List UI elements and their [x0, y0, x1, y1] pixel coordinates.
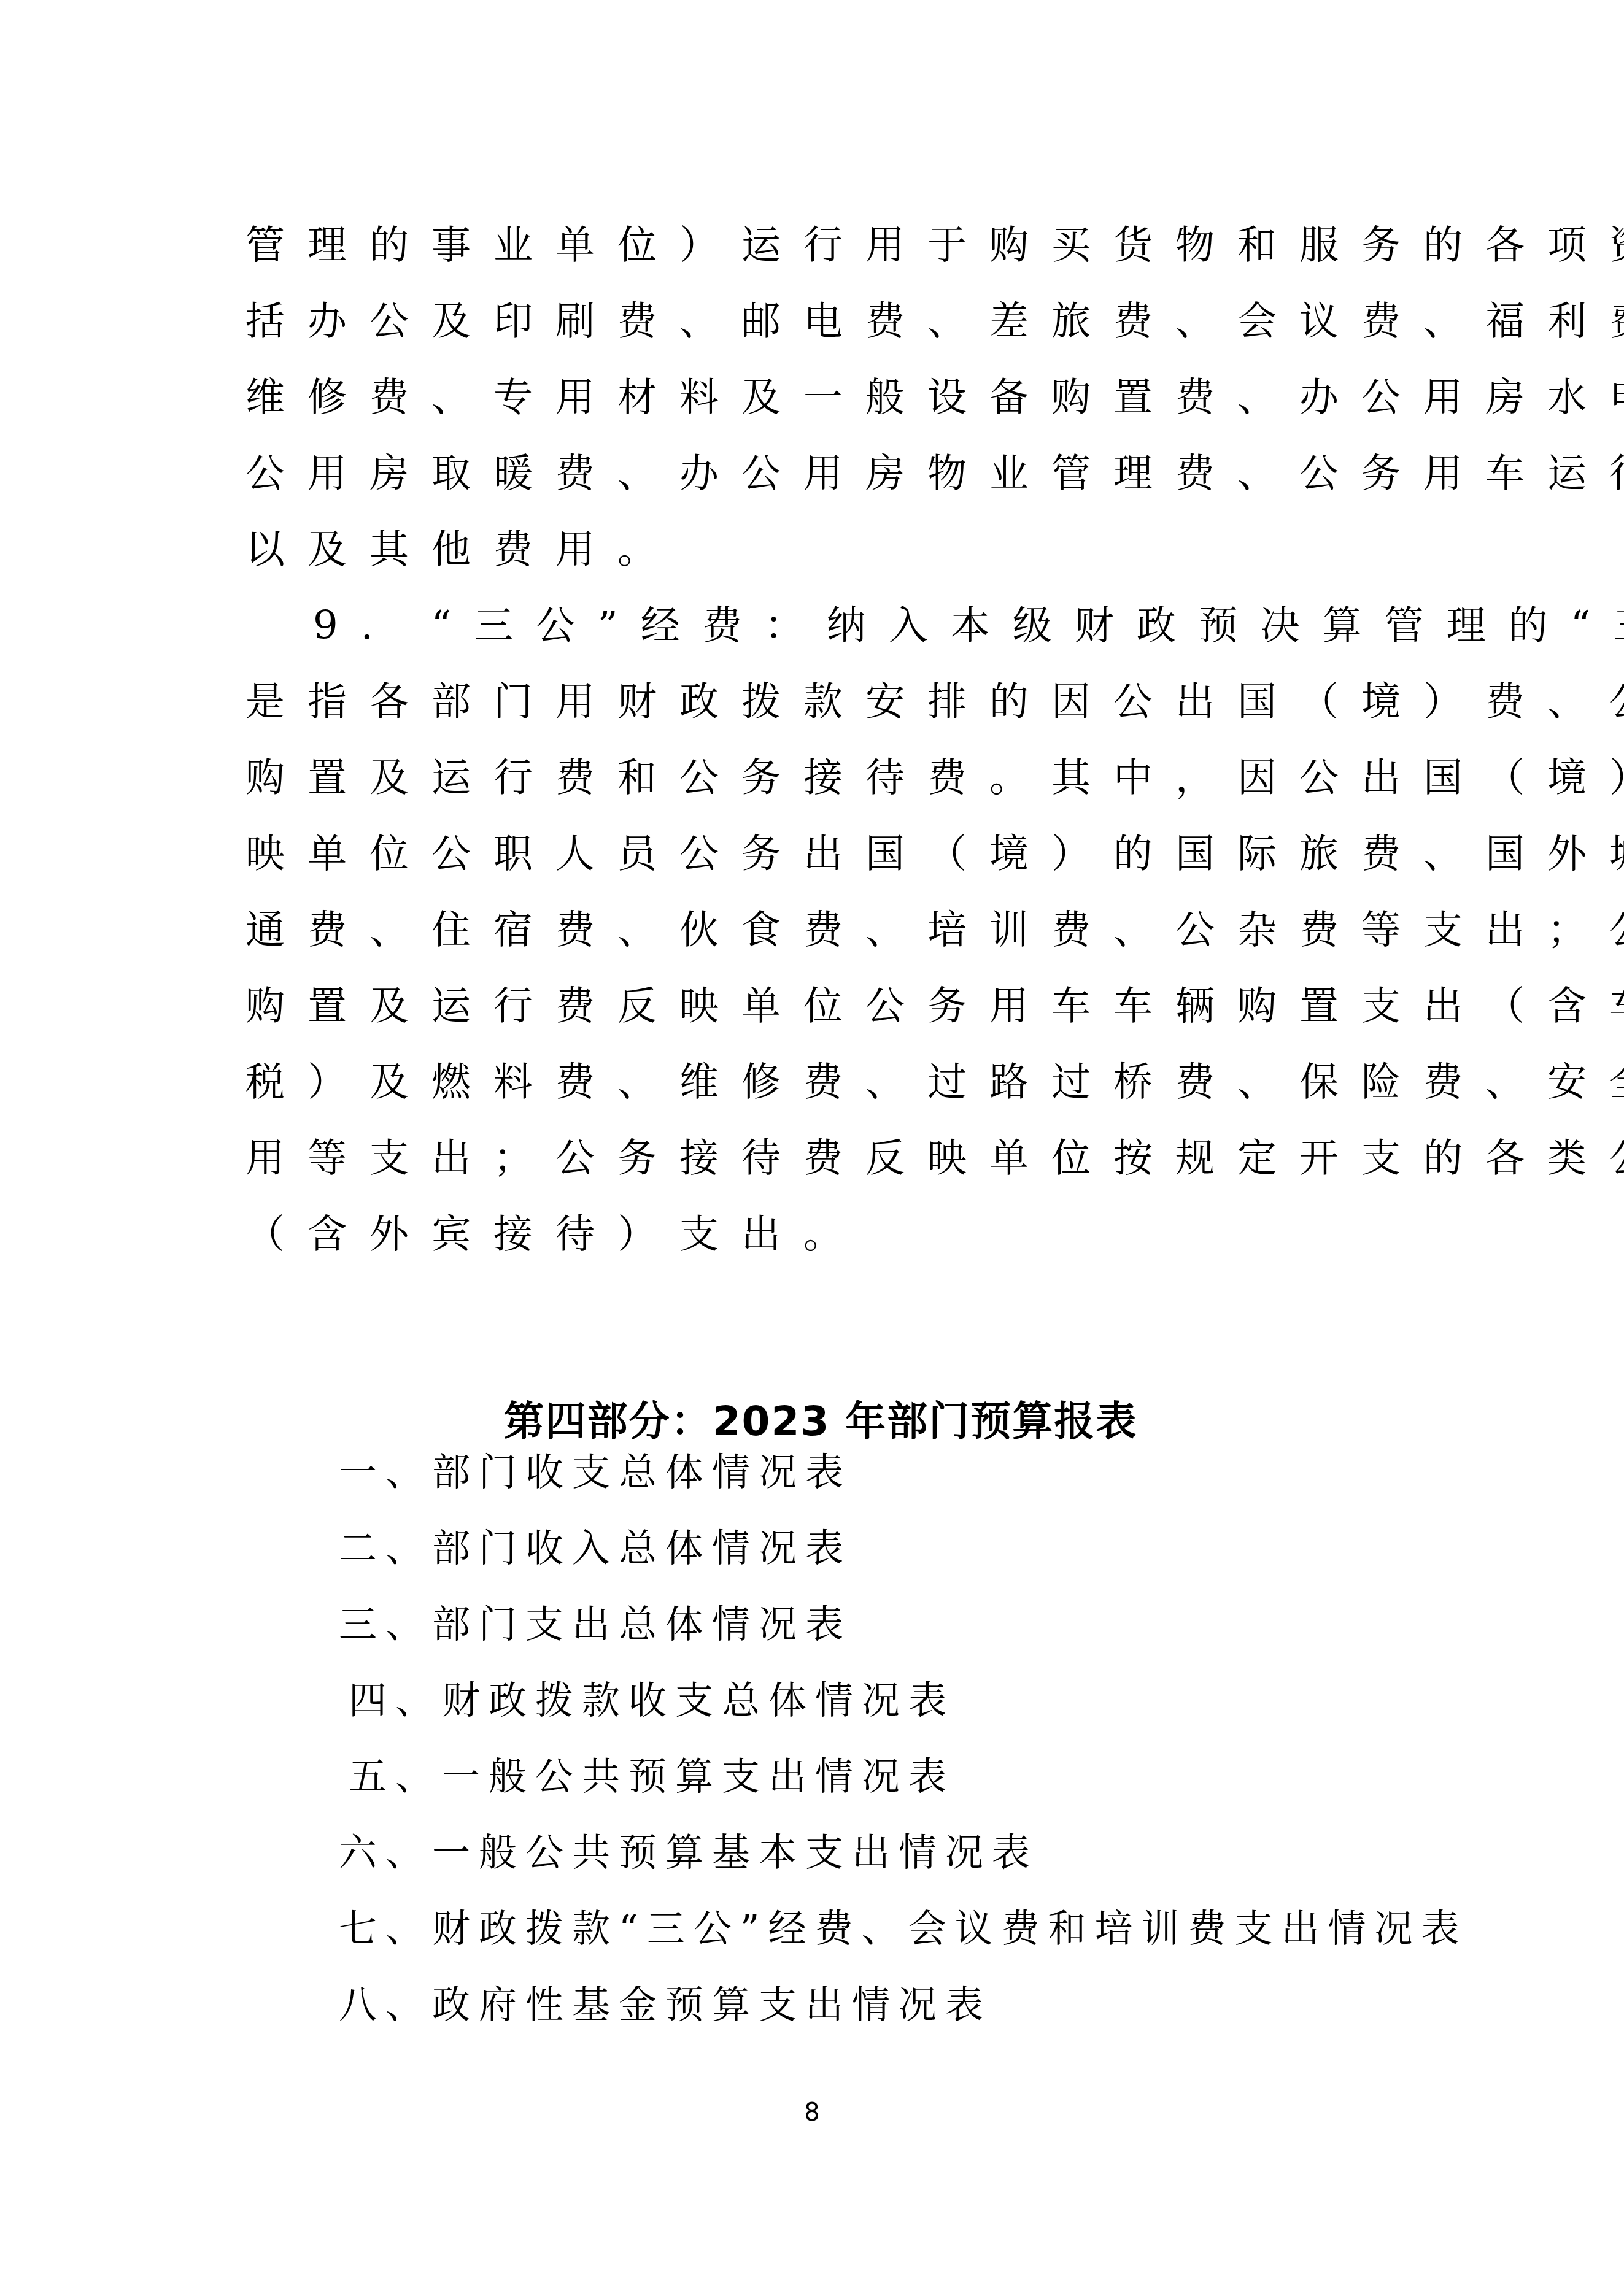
paragraph-line: 是指各部门用财政拨款安排的因公出国（境）费、公务用车: [246, 664, 1387, 740]
toc-item: 一、部门收支总体情况表: [339, 1435, 1467, 1511]
paragraph-line: （含外宾接待）支出。: [246, 1196, 1387, 1273]
paragraph-line: 括办公及印刷费、邮电费、差旅费、会议费、福利费、日常: [246, 283, 1387, 360]
toc-item: 三、部门支出总体情况表: [339, 1587, 1467, 1663]
toc-item: 七、财政拨款“三公”经费、会议费和培训费支出情况表: [339, 1891, 1467, 1967]
paragraph-line: 维修费、专用材料及一般设备购置费、办公用房水电费、办: [246, 360, 1387, 436]
toc-item: 二、部门收入总体情况表: [339, 1511, 1467, 1587]
page-number: 8: [0, 2097, 1624, 2128]
paragraph-line: 购置及运行费反映单位公务用车车辆购置支出（含车辆购置: [246, 968, 1387, 1044]
paragraph-line: 通费、住宿费、伙食费、培训费、公杂费等支出；公务用车: [246, 892, 1387, 968]
paragraph-line: 税）及燃料费、维修费、过路过桥费、保险费、安全奖励费: [246, 1044, 1387, 1120]
toc-item: 六、一般公共预算基本支出情况表: [339, 1815, 1467, 1891]
paragraph-line: 映单位公职人员公务出国（境）的国际旅费、国外城市间交: [246, 816, 1387, 892]
paragraph-san-gong-definition: 9. “三公”经费：纳入本级财政预决算管理的“三公”经费， 是指各部门用财政拨款…: [246, 588, 1387, 1273]
paragraph-line: 管理的事业单位）运行用于购买货物和服务的各项资金，包: [246, 207, 1387, 283]
paragraph-line: 公用房取暖费、办公用房物业管理费、公务用车运行维护费: [246, 436, 1387, 512]
report-table-list: 一、部门收支总体情况表 二、部门收入总体情况表 三、部门支出总体情况表 四、财政…: [339, 1435, 1467, 2043]
paragraph-line: 用等支出；公务接待费反映单位按规定开支的各类公务接待: [246, 1120, 1387, 1196]
paragraph-line: 以及其他费用。: [246, 512, 1387, 588]
toc-item: 四、财政拨款收支总体情况表: [339, 1663, 1467, 1739]
paragraph-line: 9. “三公”经费：纳入本级财政预决算管理的“三公”经费，: [246, 588, 1387, 664]
paragraph-line: 购置及运行费和公务接待费。其中，因公出国（境） 费反: [246, 740, 1387, 816]
toc-item: 五、一般公共预算支出情况表: [339, 1739, 1467, 1815]
document-page: 管理的事业单位）运行用于购买货物和服务的各项资金，包 括办公及印刷费、邮电费、差…: [0, 0, 1624, 2296]
paragraph-continuation: 管理的事业单位）运行用于购买货物和服务的各项资金，包 括办公及印刷费、邮电费、差…: [246, 207, 1387, 588]
toc-item: 八、政府性基金预算支出情况表: [339, 1967, 1467, 2043]
